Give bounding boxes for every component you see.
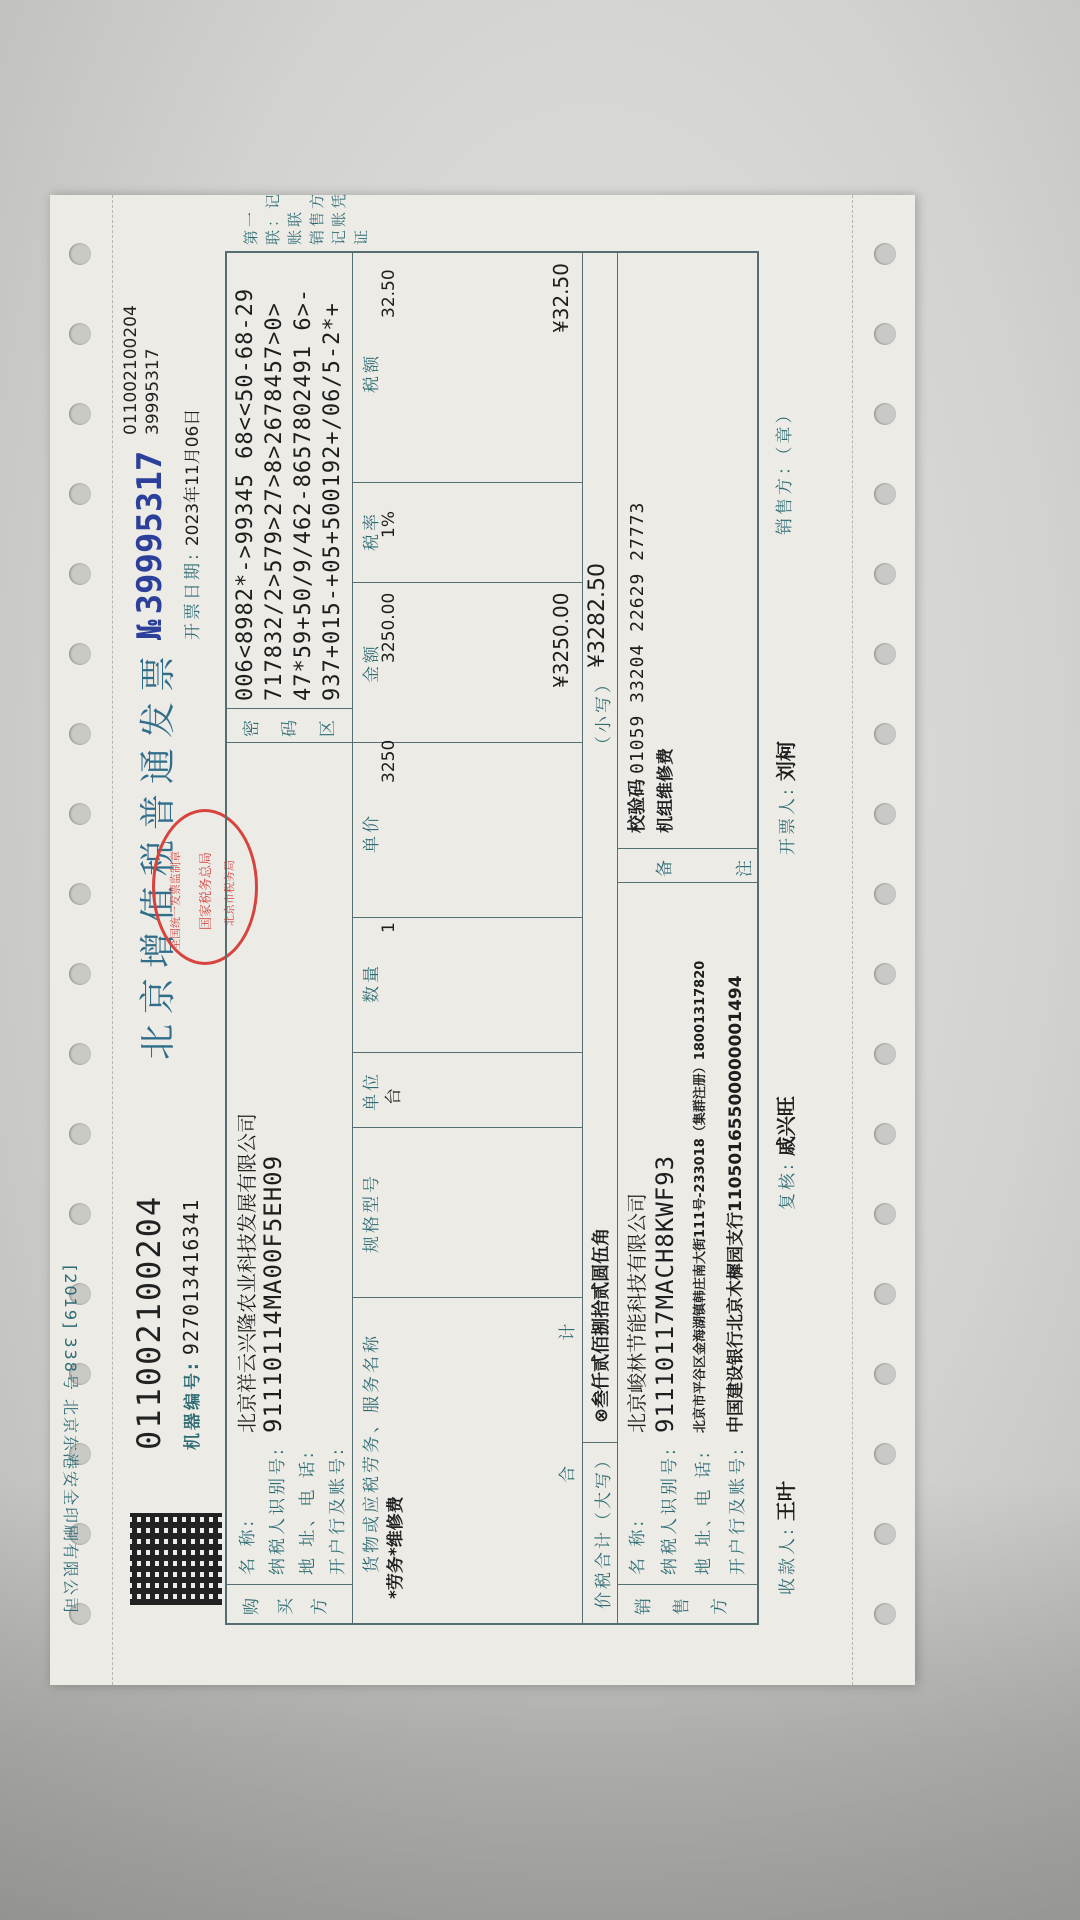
payee: 收款人: 王叶 [770, 1481, 799, 1595]
seller-address: 北京市平谷区金海湖镇韩庄南大街111号-233018（集群注册）18001317… [689, 961, 708, 1433]
cipher-line: 006<8982*->99345 68<<50-68-29 [231, 288, 260, 701]
drawer-label: 开票人: [778, 786, 798, 855]
payee-name: 王叶 [774, 1481, 798, 1521]
issue-date: 开票日期: 2023年11月06日 [178, 409, 203, 640]
issue-date-label: 开票日期: [183, 551, 203, 640]
buyer-bank-label: 开户行及账号: [323, 1446, 348, 1575]
buyer-tax-id-label: 纳税人识别号: [263, 1446, 288, 1575]
item-price: 3250 [379, 740, 399, 783]
qr-code [130, 1513, 222, 1605]
item-qty: 1 [379, 922, 399, 933]
seller-bank-label: 开户行及账号: [723, 1446, 748, 1575]
printer-note: [2019] 338号 北京东港安全印刷有限公司 [60, 1265, 83, 1615]
copy-label: 第一联：记账联 销售方记账凭证 [240, 185, 372, 245]
item-name: *劳务*维修费 [381, 1496, 406, 1599]
sprocket-holes-bottom [855, 195, 915, 1685]
cipher-line: 717832/2>579>27>8>2678457>0> [260, 288, 289, 701]
seller-seal-label: 销售方：（章） [770, 404, 795, 536]
remarks-text: 机组维修费 [651, 748, 676, 833]
reviewer-label: 复核: [778, 1161, 798, 1210]
seller-section-label: 销售方 [625, 1593, 739, 1615]
cipher-label: 密码区 [233, 717, 347, 737]
item-rate: 1% [379, 511, 399, 538]
header-spec: 规格型号 [357, 1173, 382, 1253]
issue-date-value: 2023年11月06日 [183, 409, 203, 547]
drawer: 开票人: 刘柯 [770, 741, 799, 855]
total-tax: ¥32.50 [549, 263, 573, 333]
perforation-bottom [852, 195, 853, 1685]
invoice-number: № 39995317 [130, 451, 170, 640]
invoice-paper: 011002100204 北京增值税普通发票 № 39995317 011002… [50, 195, 915, 1685]
buyer-name-label: 名 称: [233, 1518, 258, 1575]
invoice-code: 011002100204 [130, 1195, 168, 1450]
invoice-grid: 购买方 名 称: 北京祥云兴隆农业科技发展有限公司 纳税人识别号: 911101… [225, 251, 759, 1625]
item-amount: 3250.00 [379, 593, 399, 663]
check-code-label: 校验码 [627, 779, 648, 833]
seller-bank: 中国建设银行北京木樨园支行11050165500000001494 [721, 975, 746, 1433]
header-qty: 数量 [357, 963, 382, 1003]
seller-name-label: 名 称: [623, 1518, 648, 1575]
total-label: 合 计 [553, 1264, 578, 1483]
machine-number: 机器编号: 927013416341 [178, 1199, 203, 1450]
number-prefix: № [130, 620, 170, 640]
cipher-line: 937+015-+05+500192+/06/5-2*+ [318, 288, 347, 701]
buyer-section-label: 购买方 [235, 1593, 337, 1615]
header-price: 单价 [357, 813, 382, 853]
seller-tax-id-label: 纳税人识别号: [655, 1446, 680, 1575]
seller-name: 北京峻林节能科技有限公司 [621, 1193, 650, 1433]
payee-label: 收款人: [778, 1526, 798, 1595]
reviewer-name: 戚兴旺 [774, 1096, 798, 1156]
perforation-top [112, 195, 113, 1685]
drawer-name: 刘柯 [774, 741, 798, 781]
grand-total-small-label: （小写） [589, 673, 614, 753]
machine-no-label: 机器编号: [183, 1360, 203, 1450]
buyer-name: 北京祥云兴隆农业科技发展有限公司 [231, 1113, 260, 1433]
cipher-line: 47*59+50/9/462-8657802491 6>- [289, 288, 318, 701]
corner-code: 011002100204 [120, 295, 142, 435]
machine-no-value: 927013416341 [179, 1199, 203, 1356]
total-amount: ¥3250.00 [549, 593, 573, 688]
buyer-tax-id: 91110114MA00F5EH09 [259, 1155, 287, 1433]
check-code: 校验码 01059 33204 22629 27773 [623, 502, 649, 833]
cipher-block: 006<8982*->99345 68<<50-68-29 717832/2>5… [231, 288, 347, 701]
grand-total-small-value: ¥3282.50 [585, 563, 610, 668]
remarks-label: 备注 [625, 855, 785, 877]
invoice-body: 011002100204 北京增值税普通发票 № 39995317 011002… [130, 255, 840, 1625]
grand-total-label: 价税合计（大写） [589, 1449, 614, 1609]
grand-total-uppercase: ⊗叁仟贰佰捌拾贰圆伍角 [587, 1228, 613, 1423]
header-tax: 税额 [357, 353, 382, 393]
stamp-top-text: 全国统一发票监制章 [167, 851, 183, 950]
item-unit: 台 [379, 1088, 404, 1105]
header-item-name: 货物或应税劳务、服务名称 [357, 1333, 382, 1573]
buyer-address-label: 地 址、电 话: [293, 1449, 318, 1575]
seller-address-label: 地 址、电 话: [689, 1449, 714, 1575]
check-code-value: 01059 33204 22629 27773 [627, 502, 648, 774]
corner-codes: 011002100204 39995317 [120, 295, 164, 435]
seller-tax-id: 91110117MACH8KWF93 [651, 1155, 679, 1433]
reviewer: 复核: 戚兴旺 [770, 1096, 799, 1210]
item-tax: 32.50 [379, 269, 399, 318]
corner-number: 39995317 [142, 295, 164, 435]
number-value: 39995317 [130, 451, 170, 615]
stamp-middle-text: 国家税务总局 [195, 852, 214, 930]
